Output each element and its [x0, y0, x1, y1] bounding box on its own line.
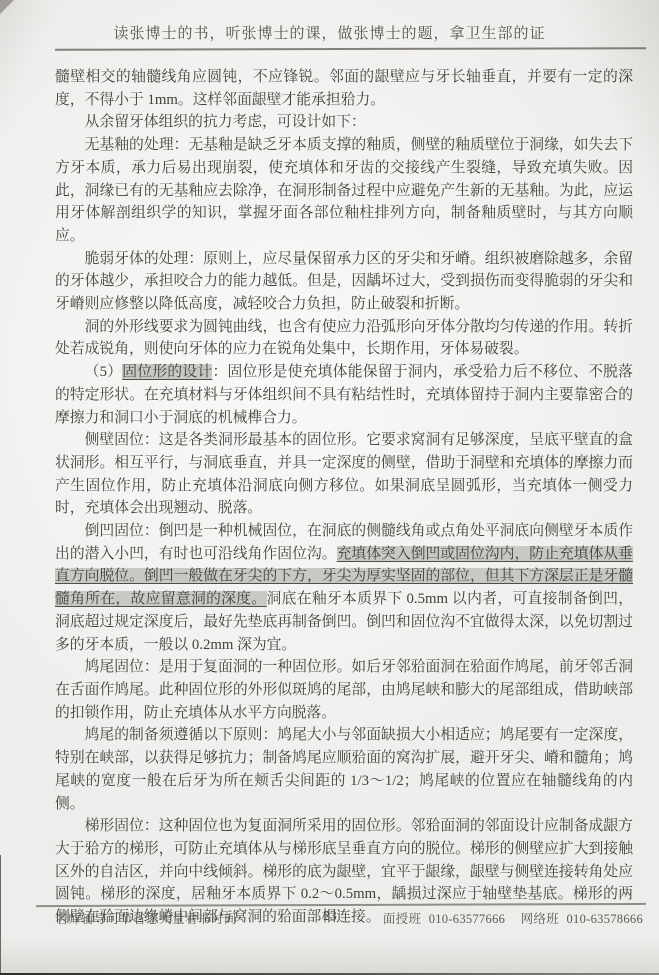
footer-online-class-label: 网络班 [521, 912, 559, 926]
footer-onsite-phone: 010-63577666 [429, 912, 506, 926]
text-segment: 侧壁固位：这是各类洞形最基本的固位形。它要求窝洞有足够深度，呈底平壁直的盒状洞形… [55, 432, 633, 516]
paragraph: 倒凹固位：倒凹是一种机械固位，在洞底的侧髓线角或点角处平洞底向侧壁牙本质作出的潜… [55, 520, 633, 656]
scanned-document-page: 读张博士的书，听张博士的课，做张博士的题，拿卫生部的证 髓壁相交的轴髓线角应圆钝… [0, 0, 659, 975]
paragraph: 髓壁相交的轴髓线角应圆钝，不应锋锐。邻面的龈壁应与牙长轴垂直，并要有一定的深度，… [55, 66, 633, 111]
paragraph: 侧壁固位：这是各类洞形最基本的固位形。它要求窝洞有足够深度，呈底平壁直的盒状洞形… [55, 429, 633, 520]
text-segment: （5） [85, 364, 123, 380]
paragraph: 从余留牙体组织的抗力考虑，可设计如下： [55, 111, 633, 134]
footer-online-phone: 010-63578666 [566, 912, 643, 926]
header-slogan: 读张博士的书，听张博士的课，做张博士的题，拿卫生部的证 [113, 26, 545, 42]
text-segment: 从余留牙体组织的抗力考虑，可设计如下： [85, 114, 366, 130]
text-segment: 脆弱牙体的处理：原则上，应尽量保留承力区的牙尖和牙嵴。组织被磨除越多，余留的牙体… [55, 251, 633, 312]
document-body: 髓壁相交的轴髓线角应圆钝，不应锋锐。邻面的龈壁应与牙长轴垂直，并要有一定的深度，… [55, 66, 633, 929]
paragraph: 无基釉的处理：无基釉是缺乏牙本质支撑的釉质，侧壁的釉质壁位于洞缘，如失去下方牙本… [55, 134, 633, 248]
scan-edge-left [0, 855, 1, 975]
page-header: 读张博士的书，听张博士的课，做张博士的题，拿卫生部的证 [0, 22, 659, 43]
scan-corner-fold [0, 0, 14, 14]
text-segment: 无基釉的处理：无基釉是缺乏牙本质支撑的釉质，侧壁的釉质壁位于洞缘，如失去下方牙本… [55, 137, 633, 244]
footer-left-slogan: 名师辅导可节省您大量看书时间 [55, 909, 237, 927]
header-rule [55, 47, 646, 51]
text-segment: 洞的外形线要求为圆钝曲线，也含有使应力沿弧形向牙体分散均匀传递的作用。转折处若成… [55, 319, 633, 358]
footer-page-number: 23 [300, 908, 360, 924]
paragraph: 鸠尾的制备须遵循以下原则：鸠尾大小与邻面缺损大小相适应；鸠尾要有一定深度，特别在… [55, 724, 633, 815]
footer-onsite-class-label: 面授班 [383, 912, 421, 926]
highlighted-text: 固位形的设计 [122, 364, 212, 380]
text-segment: 髓壁相交的轴髓线角应圆钝，不应锋锐。邻面的龈壁应与牙长轴垂直，并要有一定的深度，… [55, 69, 633, 108]
paragraph: 鸠尾固位：是用于复面洞的一种固位形。如后牙邻𬌗面洞在𬌗面作鸠尾，前牙邻舌洞在舌面… [55, 656, 633, 724]
text-segment: 鸠尾的制备须遵循以下原则：鸠尾大小与邻面缺损大小相适应；鸠尾要有一定深度，特别在… [55, 727, 633, 811]
paragraph: （5）固位形的设计：固位形是使充填体能保留于洞内，承受𬌗力后不移位、不脱落的特定… [55, 361, 633, 429]
paragraph: 脆弱牙体的处理：原则上，应尽量保留承力区的牙尖和牙嵴。组织被磨除越多，余留的牙体… [55, 248, 633, 316]
text-segment: 鸠尾固位：是用于复面洞的一种固位形。如后牙邻𬌗面洞在𬌗面作鸠尾，前牙邻舌洞在舌面… [55, 659, 633, 720]
footer-contact: 面授班 010-63577666 网络班 010-63578666 [383, 909, 643, 927]
paragraph: 洞的外形线要求为圆钝曲线，也含有使应力沿弧形向牙体分散均匀传递的作用。转折处若成… [55, 316, 633, 361]
